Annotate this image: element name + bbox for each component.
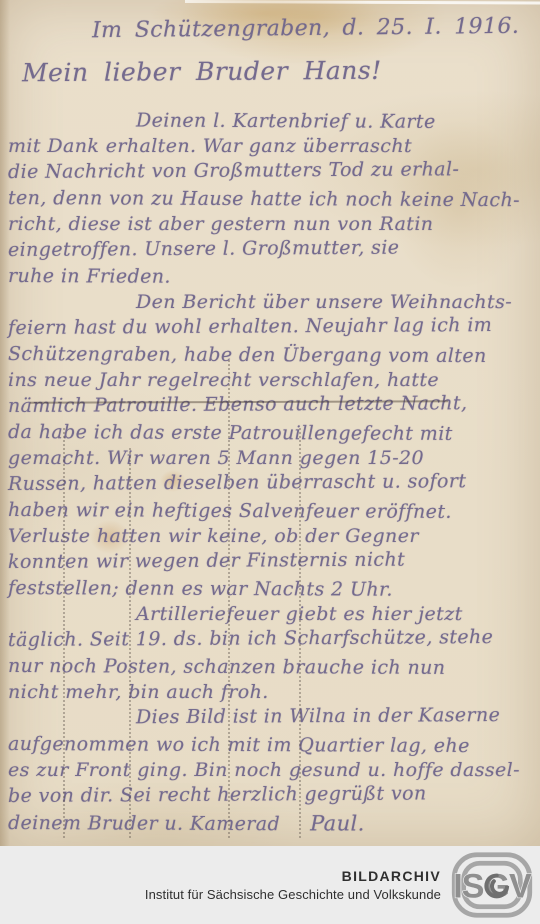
postcard-scan: Im Schützengraben, d. 25. I. 1916. Mein … <box>0 0 540 848</box>
letter-dateline: Im Schützengraben, d. 25. I. 1916. <box>92 14 519 43</box>
handwriting-line: täglich. Seit 19. ds. bin ich Scharfschü… <box>8 624 538 653</box>
handwriting-line: Russen, hatten dieselben überrascht u. s… <box>8 468 538 497</box>
handwriting-line: Den Bericht über unsere Weihnachts- <box>8 289 538 315</box>
archive-name: BILDARCHIV <box>145 868 441 884</box>
institute-name: Institut für Sächsische Geschichte und V… <box>145 887 441 902</box>
handwriting-line: Verluste hatten wir keine, ob der Gegner <box>8 523 538 549</box>
handwriting-line: be von dir. Sei recht herzlich gegrüßt v… <box>8 780 538 809</box>
handwriting-line: nur noch Posten, schanzen brauche ich nu… <box>8 653 538 681</box>
handwriting-line: deinem Bruder u. KameradPaul. <box>8 809 538 838</box>
handwriting-line: Schützengraben, habe den Übergang vom al… <box>8 341 538 369</box>
handwriting-line: gemacht. Wir waren 5 Mann gegen 15-20 <box>8 445 538 471</box>
handwriting-line: Artilleriefeuer giebt es hier jetzt <box>8 601 538 627</box>
letter-body: Deinen l. Kartenbrief u. Kartemit Dank e… <box>8 107 538 836</box>
fold-mark <box>299 428 301 838</box>
handwriting-line: feiern hast du wohl erhalten. Neujahr la… <box>8 312 538 341</box>
fold-mark <box>129 448 131 838</box>
letter-signature: Paul. <box>310 811 365 835</box>
handwriting-line: ten, denn von zu Hause hatte ich noch ke… <box>8 185 538 213</box>
handwriting-line: ruhe in Frieden. <box>8 263 538 291</box>
handwriting-line: aufgenommen wo ich mit im Quartier lag, … <box>8 731 538 759</box>
card-top-edge <box>185 0 540 5</box>
archive-footer-text: BILDARCHIV Institut für Sächsische Gesch… <box>145 868 441 902</box>
handwriting-line: ins neue Jahr regelrecht verschlafen, ha… <box>8 367 538 393</box>
handwriting-line: feststellen; denn es war Nachts 2 Uhr. <box>8 575 538 603</box>
handwriting-line: richt, diese ist aber gestern nun von Ra… <box>8 211 538 237</box>
isgv-logo: ISGV <box>449 851 535 919</box>
handwriting-line: nämlich Patrouille. Ebenso auch letzte N… <box>8 390 538 419</box>
handwriting-line: konnten wir wegen der Finsternis nicht <box>8 546 538 575</box>
handwriting-line: da habe ich das erste Patrouillengefecht… <box>8 419 538 447</box>
handwriting-line: nicht mehr, bin auch froh. <box>8 679 538 705</box>
archive-footer: BILDARCHIV Institut für Sächsische Gesch… <box>0 846 540 924</box>
archive-scan-page: Im Schützengraben, d. 25. I. 1916. Mein … <box>0 0 540 924</box>
handwriting-line: eingetroffen. Unsere l. Großmutter, sie <box>8 234 538 263</box>
handwriting-line: Deinen l. Kartenbrief u. Karte <box>8 107 538 135</box>
letter-salutation: Mein lieber Bruder Hans! <box>22 56 382 88</box>
handwriting-line: mit Dank erhalten. War ganz überrascht <box>8 133 538 159</box>
fold-mark <box>228 360 230 838</box>
handwriting-line: Dies Bild ist in Wilna in der Kaserne <box>8 702 538 731</box>
handwriting-line: es zur Front ging. Bin noch gesund u. ho… <box>8 757 538 783</box>
handwriting-line: die Nachricht von Großmutters Tod zu erh… <box>8 156 538 185</box>
fold-mark <box>63 428 65 838</box>
handwriting-line: haben wir ein heftiges Salvenfeuer eröff… <box>8 497 538 525</box>
